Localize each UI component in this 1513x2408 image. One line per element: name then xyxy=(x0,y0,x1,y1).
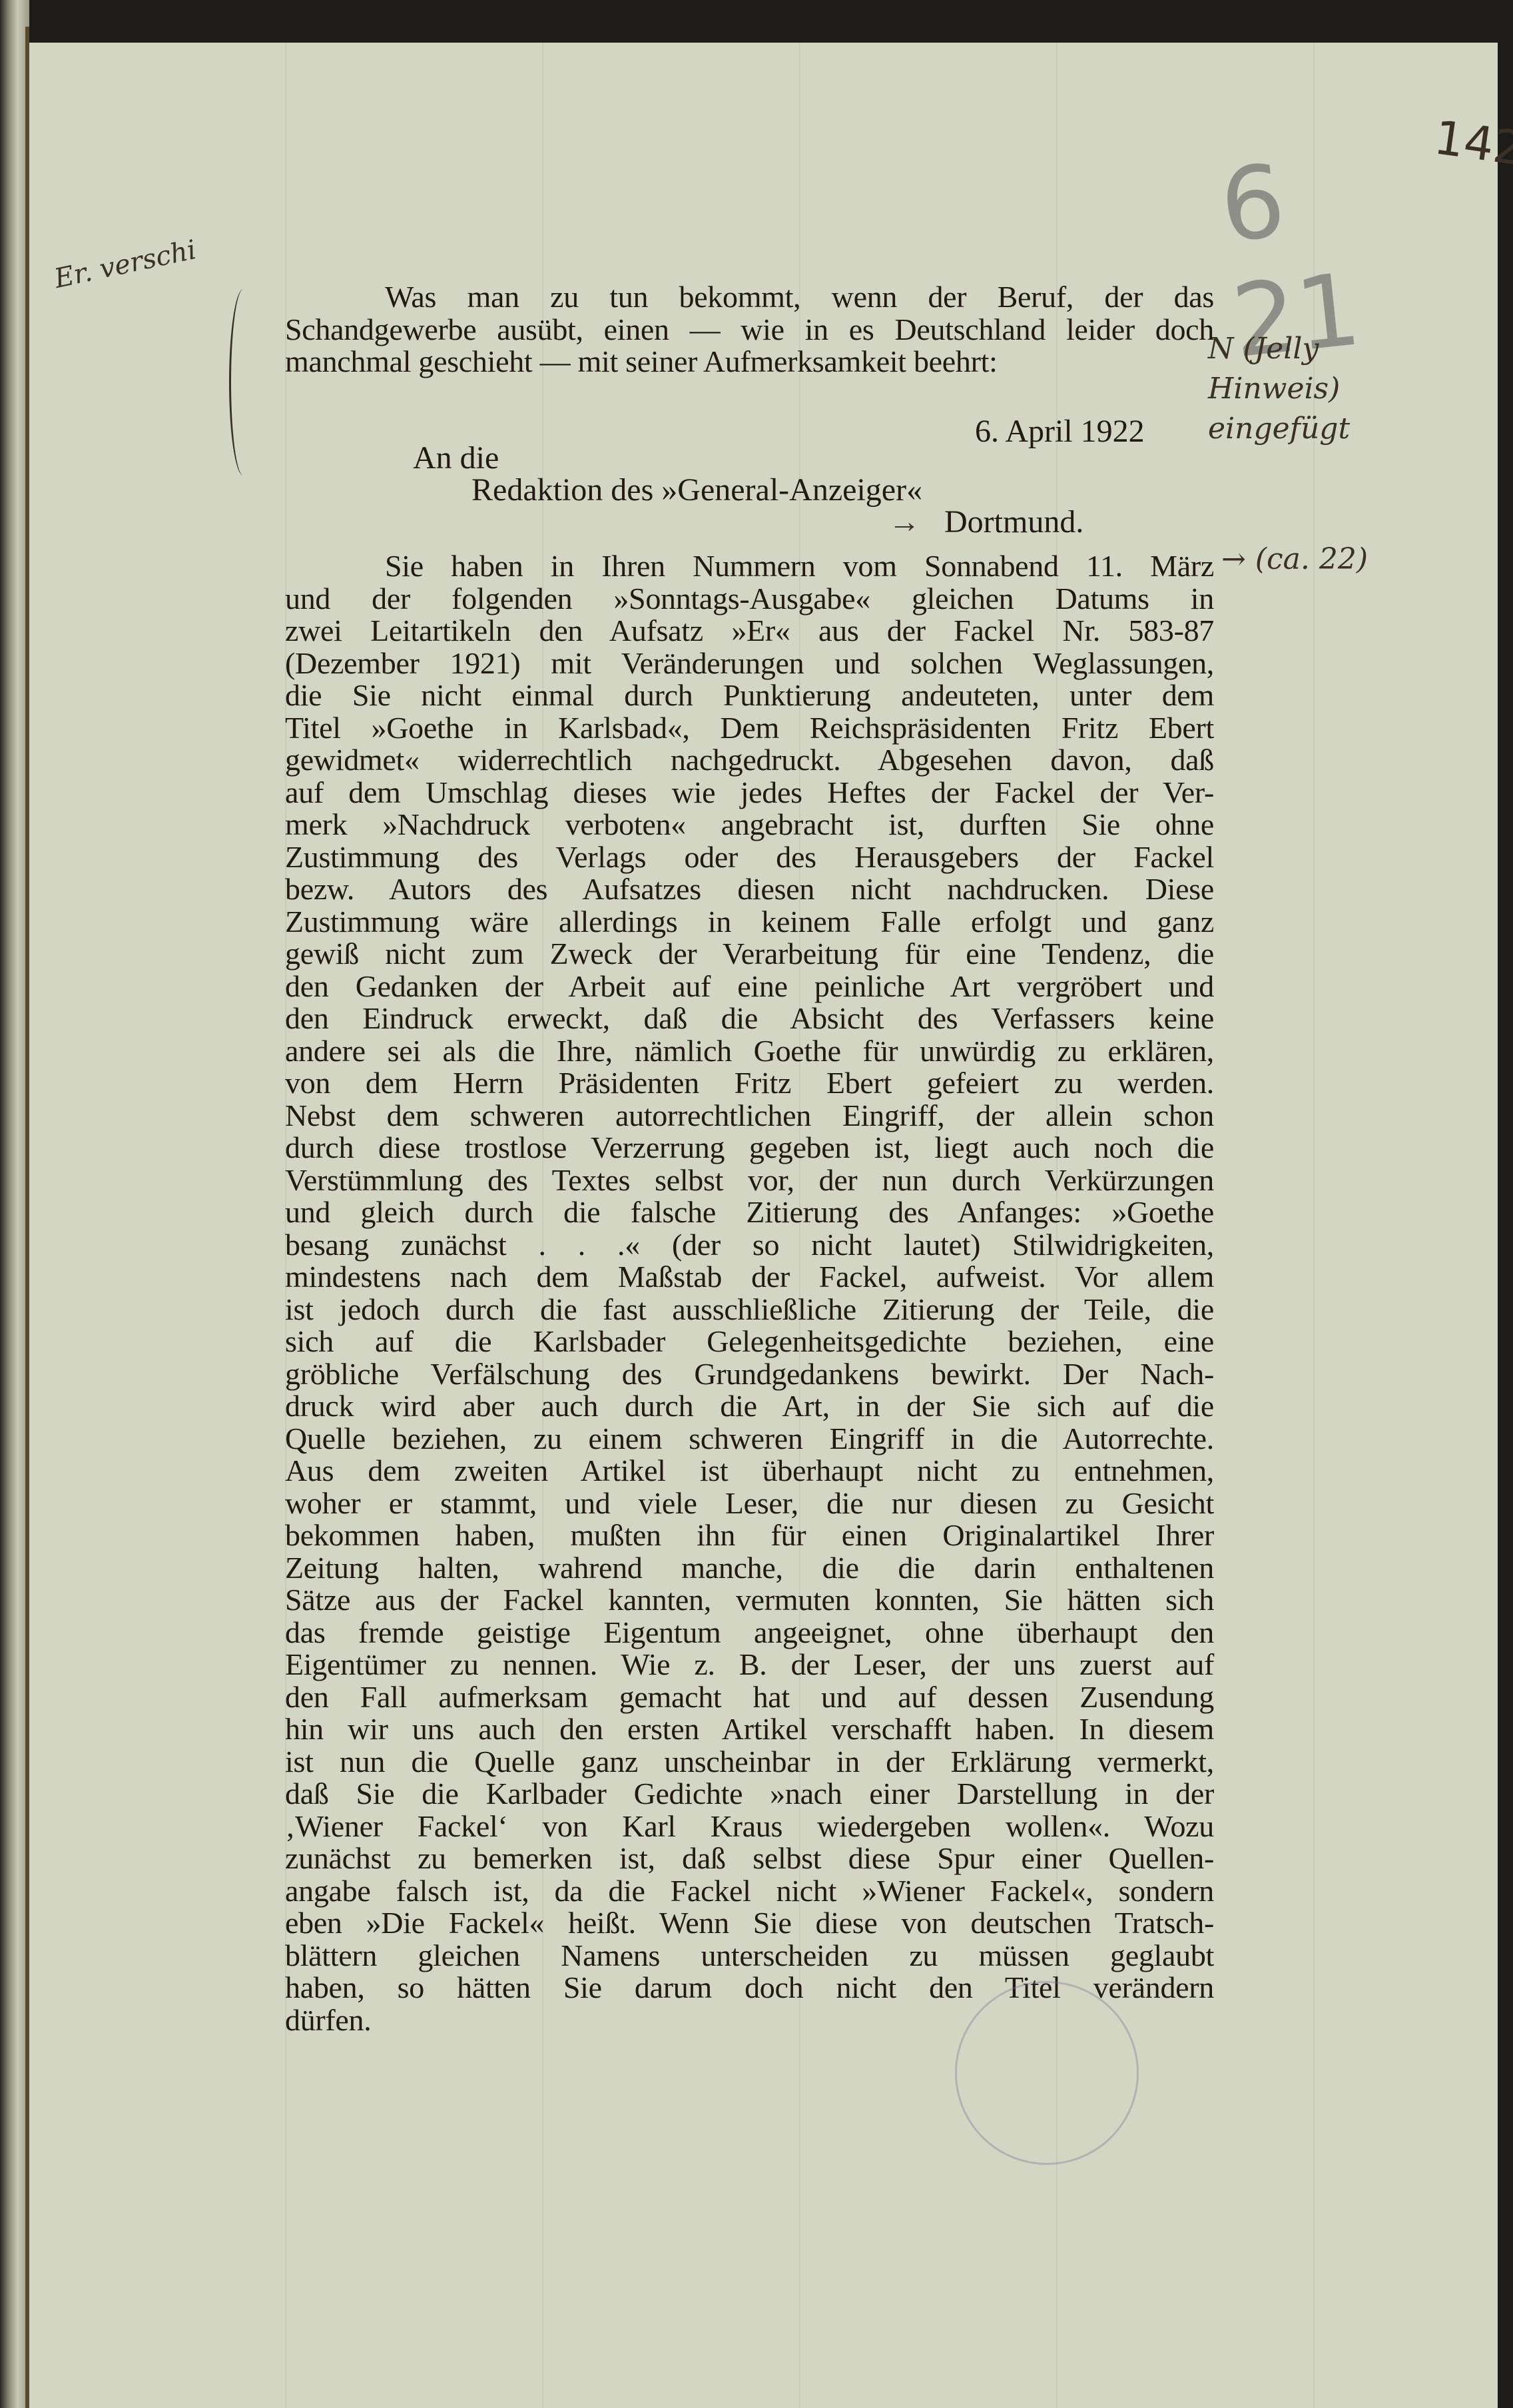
margin-note-top-left: Er. verschi xyxy=(52,234,199,294)
body-line: ist nun die Quelle ganz unscheinbar in d… xyxy=(285,1746,1214,1779)
body-line: Quelle beziehen, zu einem schweren Eingr… xyxy=(285,1423,1214,1455)
body-line: sich auf die Karlsbader Gelegenheitsgedi… xyxy=(285,1326,1214,1358)
body-line: bezw. Autors des Aufsatzes diesen nicht … xyxy=(285,873,1214,906)
body-line: hin wir uns auch den ersten Artikel vers… xyxy=(285,1713,1214,1746)
body-line: Sätze aus der Fackel kannten, vermuten k… xyxy=(285,1584,1214,1617)
document-page: 6 21 142 Er. verschi N (Jelly Hinweis) e… xyxy=(29,43,1498,2408)
body-line: gröbliche Verfälschung des Grundgedanken… xyxy=(285,1358,1214,1391)
body-line: merk »Nachdruck verboten« angebracht ist… xyxy=(285,809,1214,841)
intro-line: manchmal geschieht — mit seiner Aufmerks… xyxy=(285,346,1214,378)
body-line: Zustimmung des Verlags oder des Herausge… xyxy=(285,841,1214,874)
body-line: und der folgenden »Sonntags-Ausgabe« gle… xyxy=(285,583,1214,615)
body-line: und gleich durch die falsche Zitierung d… xyxy=(285,1196,1214,1229)
body-line: Aus dem zweiten Artikel ist überhaupt ni… xyxy=(285,1455,1214,1487)
body-line: zunächst zu bemerken ist, daß selbst die… xyxy=(285,1842,1214,1875)
pencil-annotation: 6 21 xyxy=(1215,136,1361,276)
address-line-2: Redaktion des »General-Anzeiger« xyxy=(471,472,922,508)
body-line: Sie haben in Ihren Nummern vom Sonnabend… xyxy=(285,550,1214,583)
body-line: angabe falsch ist, da die Fackel nicht »… xyxy=(285,1875,1214,1908)
body-line: daß Sie die Karlbader Gedichte »nach ein… xyxy=(285,1778,1214,1810)
body-line: gewidmet« widerrechtlich nachgedruckt. A… xyxy=(285,744,1214,777)
body-line: blättern gleichen Namens unterscheiden z… xyxy=(285,1940,1214,1972)
body-line: das fremde geistige Eigentum angeeignet,… xyxy=(285,1617,1214,1649)
body-line: Titel »Goethe in Karlsbad«, Dem Reichspr… xyxy=(285,712,1214,745)
intro-paragraph: Was man zu tun bekommt, wenn der Beruf, … xyxy=(285,281,1214,378)
body-line: von dem Herrn Präsidenten Fritz Ebert ge… xyxy=(285,1067,1214,1100)
body-line: den Eindruck erweckt, daß die Absicht de… xyxy=(285,1003,1214,1035)
intro-line: Schandgewerbe ausübt, einen — wie in es … xyxy=(285,314,1214,346)
folio-number: 142 xyxy=(1431,110,1513,177)
margin-note-right-1: N (Jelly Hinweis) eingefügt xyxy=(1208,329,1448,449)
body-line: druck wird aber auch durch die Art, in d… xyxy=(285,1390,1214,1423)
body-line: Zeitung halten, wahrend manche, die die … xyxy=(285,1552,1214,1585)
body-line: durch diese trostlose Verzerrung gegeben… xyxy=(285,1132,1214,1164)
body-line: Zustimmung wäre allerdings in keinem Fal… xyxy=(285,906,1214,939)
arrow-icon: → xyxy=(888,504,920,540)
body-line: (Dezember 1921) mit Veränderungen und so… xyxy=(285,647,1214,680)
body-line: Nebst dem schweren autorrechtlichen Eing… xyxy=(285,1100,1214,1132)
margin-note-right-2: → (ca. 22) xyxy=(1221,542,1368,576)
body-line: Verstümmlung des Textes selbst vor, der … xyxy=(285,1164,1214,1197)
body-line: mindestens nach dem Maßstab der Fackel, … xyxy=(285,1261,1214,1294)
body-line: zwei Leitartikeln den Aufsatz »Er« aus d… xyxy=(285,615,1214,647)
letter-date: 6. April 1922 xyxy=(975,413,1145,450)
body-line: ‚Wiener Fackel‘ von Karl Kraus wiedergeb… xyxy=(285,1810,1214,1843)
body-line: Eigentümer zu nennen. Wie z. B. der Lese… xyxy=(285,1649,1214,1681)
body-line: auf dem Umschlag dieses wie jedes Heftes… xyxy=(285,777,1214,809)
body-line: den Fall aufmerksam gemacht hat und auf … xyxy=(285,1681,1214,1714)
body-line: woher er stammt, und viele Leser, die nu… xyxy=(285,1487,1214,1520)
body-line: bekommen haben, mußten ihn für einen Ori… xyxy=(285,1519,1214,1552)
archive-stamp xyxy=(955,1981,1139,2165)
body-line: andere sei als die Ihre, nämlich Goethe … xyxy=(285,1035,1214,1068)
intro-line: Was man zu tun bekommt, wenn der Beruf, … xyxy=(285,281,1214,314)
body-line: gewiß nicht zum Zweck der Verarbeitung f… xyxy=(285,938,1214,971)
address-line-1: An die xyxy=(413,440,499,476)
body-line: besang zunächst . . .« (der so nicht lau… xyxy=(285,1229,1214,1262)
letter-body: Sie haben in Ihren Nummern vom Sonnabend… xyxy=(285,550,1214,2036)
body-line: die Sie nicht einmal durch Punktierung a… xyxy=(285,679,1214,712)
address-line-3: Dortmund. xyxy=(944,504,1083,540)
handwritten-bracket xyxy=(229,289,258,476)
body-line: ist jedoch durch die fast ausschließlich… xyxy=(285,1294,1214,1326)
body-line: den Gedanken der Arbeit auf eine peinlic… xyxy=(285,971,1214,1003)
body-line: eben »Die Fackel« heißt. Wenn Sie diese … xyxy=(285,1907,1214,1940)
